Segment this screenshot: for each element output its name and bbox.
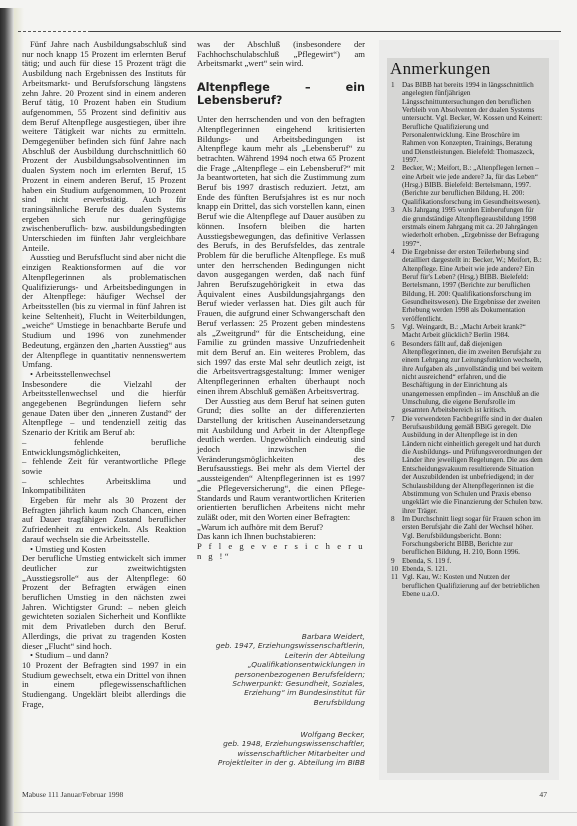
bottom-edge bbox=[14, 812, 577, 813]
dash-item-1: – fehlende berufliche Entwicklungsmöglic… bbox=[22, 438, 186, 457]
author-description-1: geb. 1947, Erziehungswissenschaftlerin, … bbox=[216, 641, 365, 706]
left-paragraph-1: Fünf Jahre nach Ausbildungsabschluß sind… bbox=[22, 40, 186, 253]
notes-sidebar: Anmerkungen 1Das BIBB hat bereits 1994 i… bbox=[387, 58, 549, 773]
note-item: 4Die Ergebnisse der ersten Teilerhebung … bbox=[391, 248, 543, 323]
note-item: 9Ebenda, S. 119 f. bbox=[391, 557, 543, 565]
header-rule-solid bbox=[90, 31, 561, 32]
sidebar-title: Anmerkungen bbox=[390, 60, 549, 78]
note-item: 5Vgl. Weingardt, B.: „Macht Arbeit krank… bbox=[391, 323, 543, 340]
author-bio-1: Barbara Weidert, geb. 1947, Erziehungswi… bbox=[197, 632, 365, 707]
author-bio-2: Wolfgang Becker, geb. 1948, Erziehungswi… bbox=[197, 730, 365, 768]
page-number: 47 bbox=[539, 790, 547, 799]
note-item: 11Vgl. Kau, W.: Kosten und Nutzen der be… bbox=[391, 573, 543, 598]
note-item: 6Besonders fällt auf, daß diejenigen Alt… bbox=[391, 340, 543, 415]
note-item: 2Becker, W.; Meifort, B.: „Altenpflegen … bbox=[391, 164, 543, 206]
left-column: Fünf Jahre nach Ausbildungsabschluß sind… bbox=[22, 40, 186, 710]
page-binding-shadow bbox=[0, 8, 14, 826]
note-item: 8Im Durchschnitt liegt sogar für Frauen … bbox=[391, 515, 543, 557]
quote-line-3: P f l e g e v e r s i c h e r u n g !“ bbox=[197, 542, 365, 561]
left-paragraph-2: Ausstieg und Berufsflucht sind aber nich… bbox=[22, 253, 186, 369]
section-heading: Altenpflege – ein Lebensberuf? bbox=[197, 81, 365, 107]
note-item: 3Als Jahrgang 1995 wurden Einberufungen … bbox=[391, 206, 543, 248]
middle-paragraph-2: Der Ausstieg aus dem Beruf hat seinen gu… bbox=[197, 397, 365, 523]
bullet-text-arbeitsstellenwechsel: Insbesondere die Vielzahl der Arbeitsste… bbox=[22, 380, 186, 438]
left-paragraph-3: Ergeben für mehr als 30 Prozent der Befr… bbox=[22, 496, 186, 545]
author-name-2: Wolfgang Becker, bbox=[197, 730, 365, 739]
author-name-1: Barbara Weidert, bbox=[197, 632, 365, 641]
middle-paragraph-continued: was der Abschluß (insbesondere der Fachh… bbox=[197, 40, 365, 69]
middle-column: was der Abschluß (insbesondere der Fachh… bbox=[197, 40, 365, 561]
dash-item-3: – schlechtes Arbeitsklima und Inkompatib… bbox=[22, 477, 186, 496]
author-description-2: geb. 1948, Erziehungswissenschaftler, wi… bbox=[218, 739, 365, 767]
note-item: 10Ebenda, S. 121. bbox=[391, 565, 543, 573]
dash-item-2: – fehlende Zeit für verantwortliche Pfle… bbox=[22, 457, 186, 476]
bullet-text-umstieg: Der berufliche Umstieg entwickelt sich i… bbox=[22, 554, 186, 651]
note-item: 1Das BIBB hat bereits 1994 in längsschni… bbox=[391, 81, 543, 164]
note-item: 7Die verwendeten Fachbegriffe sind in de… bbox=[391, 415, 543, 515]
notes-list: 1Das BIBB hat bereits 1994 in längsschni… bbox=[387, 81, 549, 598]
middle-paragraph-1: Unter den herrschenden und von den befra… bbox=[197, 115, 365, 396]
bullet-text-studium: 10 Prozent der Befragten sind 1997 in ei… bbox=[22, 661, 186, 710]
journal-footer: Mabuse 111 Januar/Februar 1998 bbox=[22, 790, 123, 799]
